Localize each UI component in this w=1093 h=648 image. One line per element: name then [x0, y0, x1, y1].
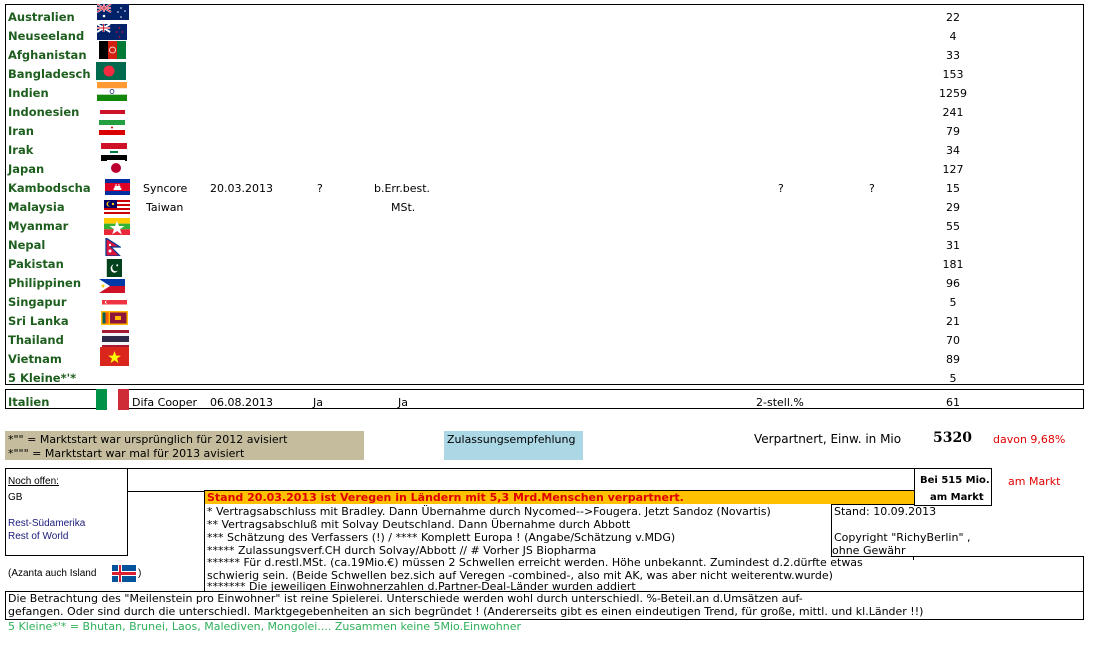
flag-singapore-icon — [102, 299, 127, 308]
country-population: 55 — [933, 220, 973, 233]
country-date: 20.03.2013 — [210, 182, 273, 195]
summary-share: davon 9,68% — [993, 433, 1065, 446]
market-box-line-2: am Markt — [930, 492, 984, 503]
italy-col3: Ja — [313, 396, 323, 409]
country-name: Bangladesch — [8, 67, 91, 81]
flag-italy — [96, 389, 129, 410]
country-col6: ? — [869, 182, 875, 195]
country-partner: Syncore — [143, 182, 187, 195]
note-6a: ****** Für d.restl.MSt. (ca.19Mio.€) müs… — [207, 556, 863, 569]
country-name: Thailand — [8, 333, 64, 347]
country-population: 22 — [933, 11, 973, 24]
legend-line-2: *""" = Marktstart war mal für 2013 avisi… — [8, 447, 244, 460]
flag-sri-lanka-icon — [101, 311, 128, 325]
country-partner: Taiwan — [146, 201, 183, 214]
note-1: * Vertragsabschluss mit Bradley. Dann Üb… — [207, 505, 771, 518]
italy-col5: 2-stell.% — [756, 396, 804, 409]
country-population: 34 — [933, 144, 973, 157]
country-population: 96 — [933, 277, 973, 290]
italy-partner: Difa Cooper — [132, 396, 197, 409]
country-name: Italien — [8, 395, 49, 409]
country-population: 127 — [933, 163, 973, 176]
flag-australia-icon — [97, 4, 129, 20]
country-population: 21 — [933, 315, 973, 328]
flag-iran-icon — [99, 120, 125, 135]
open-item-south-america: Rest-Südamerika — [8, 518, 85, 529]
country-population: 5 — [933, 372, 973, 385]
market-box-line-1: Bei 515 Mio. — [920, 475, 990, 486]
flag-new-zealand-icon — [97, 24, 127, 40]
country-name: Kambodscha — [8, 181, 91, 195]
open-item-rest-world: Rest of World — [8, 531, 68, 542]
country-name: Singapur — [8, 295, 67, 309]
small-countries-note: 5 Kleine*'* = Bhutan, Brunei, Laos, Male… — [8, 620, 521, 633]
open-header-strip — [5, 468, 915, 492]
flag-myanmar-icon — [104, 218, 130, 235]
iceland-note-close: ) — [138, 568, 141, 579]
country-name: Vietnam — [8, 352, 62, 366]
country-name: Sri Lanka — [8, 314, 69, 328]
country-col4: b.Err.best. — [374, 182, 430, 195]
country-population: 29 — [933, 201, 973, 214]
country-population: 70 — [933, 334, 973, 347]
flag-iraq-icon — [101, 143, 127, 161]
remark-line-1: Die Betrachtung des "Meilenstein pro Ein… — [8, 592, 803, 605]
flag-afghanistan-icon — [99, 41, 126, 59]
flag-pakistan-icon — [103, 259, 122, 277]
am-markt-label: am Markt — [1008, 475, 1060, 488]
country-population: 15 — [933, 182, 973, 195]
country-name: Nepal — [8, 238, 45, 252]
flag-malaysia-icon — [104, 200, 130, 214]
flag-vietnam-icon — [100, 347, 129, 366]
legend-line-1: *"" = Marktstart war ursprünglich für 20… — [8, 433, 287, 446]
country-col3: ? — [317, 182, 323, 195]
flag-bangladesh-icon — [96, 62, 126, 80]
flag-japan-icon — [107, 160, 125, 176]
headline: Stand 20.03.2013 ist Veregen in Ländern … — [207, 491, 684, 504]
country-population: 79 — [933, 125, 973, 138]
flag-india-icon — [97, 82, 127, 101]
italy-col4: Ja — [398, 396, 408, 409]
country-population: 31 — [933, 239, 973, 252]
country-population: 89 — [933, 353, 973, 366]
country-name: Malaysia — [8, 200, 65, 214]
country-population: 1259 — [933, 87, 973, 100]
open-item-gb: GB — [8, 492, 22, 503]
flag-philippines-icon — [99, 279, 125, 293]
flag-cambodia-icon — [105, 179, 130, 195]
remark-line-2: gefangen. Oder sind durch die unterschie… — [8, 605, 923, 618]
open-title: Noch offen: — [8, 476, 59, 487]
flag-nepal-icon — [105, 238, 121, 256]
country-name: Iran — [8, 124, 34, 138]
country-population: 181 — [933, 258, 973, 271]
country-col4: MSt. — [391, 201, 415, 214]
country-name: Indien — [8, 86, 49, 100]
flag-thailand-icon — [102, 330, 129, 348]
iceland-note: (Azanta auch Island — [8, 568, 96, 579]
country-name: Myanmar — [8, 219, 68, 233]
country-population: 241 — [933, 106, 973, 119]
country-name: 5 Kleine*'* — [8, 371, 76, 385]
country-name: Philippinen — [8, 276, 81, 290]
summary-label: Verpartnert, Einw. in Mio — [754, 432, 901, 446]
country-name: Indonesien — [8, 105, 79, 119]
country-col5: ? — [778, 182, 784, 195]
flag-iceland — [112, 565, 136, 582]
note-3: *** Schätzung des Verfassers (!) / **** … — [207, 531, 675, 544]
country-population: 5 — [933, 296, 973, 309]
country-name: Afghanistan — [8, 48, 87, 62]
country-population: 33 — [933, 49, 973, 62]
approval-label: Zulassungsempfehlung — [447, 433, 575, 446]
flag-indonesia-icon — [100, 108, 125, 116]
country-population: 153 — [933, 68, 973, 81]
stand-date: Stand: 10.09.2013 — [834, 505, 936, 518]
country-name: Pakistan — [8, 257, 64, 271]
country-name: Neuseeland — [8, 29, 84, 43]
country-name: Irak — [8, 143, 33, 157]
note-2: ** Vertragsabschluß mit Solvay Deutschla… — [207, 518, 630, 531]
copyright: Copyright "RichyBerlin" , — [834, 531, 971, 544]
country-name: Australien — [8, 10, 75, 24]
country-population: 4 — [933, 30, 973, 43]
note-6-topline — [831, 556, 1084, 557]
country-name: Japan — [8, 162, 44, 176]
italy-value: 61 — [933, 396, 973, 409]
italy-date: 06.08.2013 — [210, 396, 273, 409]
summary-total: 5320 — [933, 430, 972, 446]
